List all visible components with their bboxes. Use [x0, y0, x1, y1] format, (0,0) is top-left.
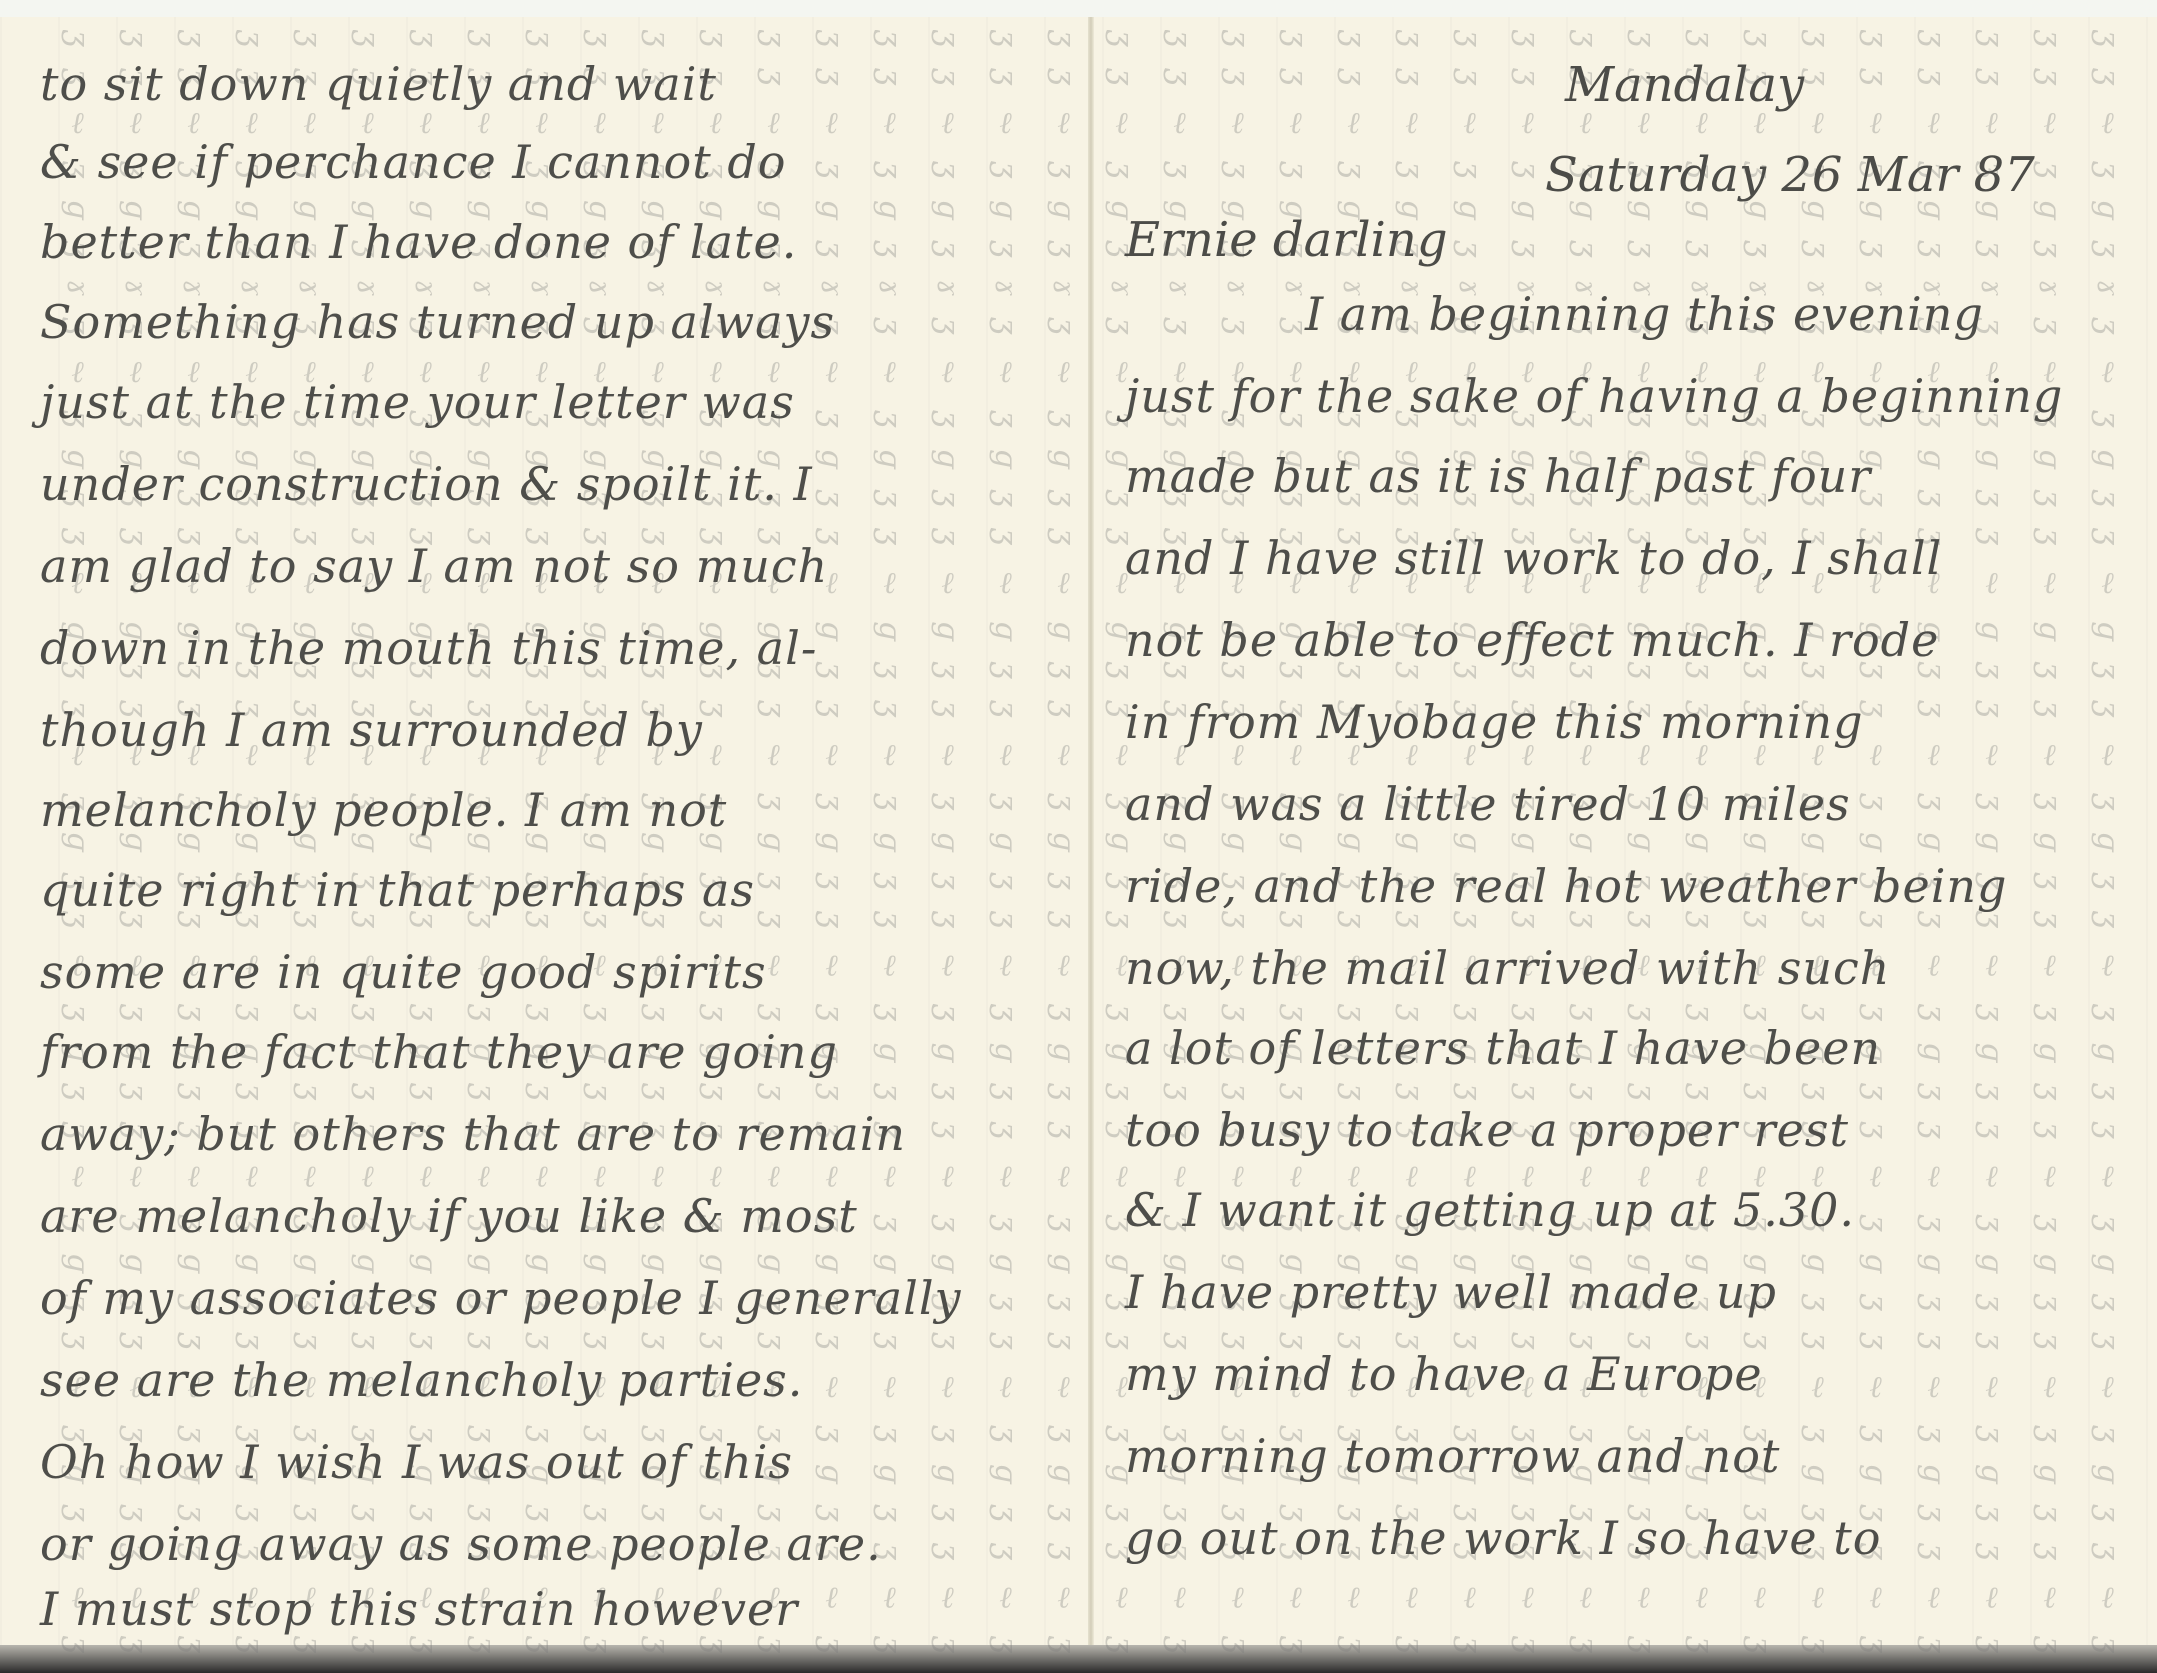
left-line: though I am surrounded by	[40, 703, 703, 757]
right-line: just for the sake of having a beginning	[1125, 369, 2063, 423]
left-line: just at the time your letter was	[40, 375, 795, 429]
left-line: from the fact that they are going	[40, 1025, 838, 1079]
page-fold	[1088, 17, 1094, 1647]
left-line: away; but others that are to remain	[40, 1107, 906, 1161]
left-line: down in the mouth this time, al-	[40, 621, 817, 675]
left-line: see are the melancholy parties.	[40, 1353, 803, 1407]
right-line: I am beginning this evening	[1305, 287, 1984, 341]
right-line: and was a little tired 10 miles	[1125, 777, 1851, 831]
left-line: quite right in that perhaps as	[40, 863, 755, 917]
place-heading: Mandalay	[1565, 57, 1804, 113]
left-line: & see if perchance I cannot do	[40, 135, 786, 189]
left-line: I must stop this strain however	[40, 1582, 798, 1636]
left-line: or going away as some people are.	[40, 1517, 882, 1571]
right-line: now, the mail arrived with such	[1125, 941, 1890, 995]
right-line: ride, and the real hot weather being	[1125, 859, 2008, 913]
right-line: and I have still work to do, I shall	[1125, 531, 1942, 585]
left-line: melancholy people. I am not	[40, 783, 727, 837]
right-line: go out on the work I so have to	[1125, 1511, 1881, 1565]
right-line: my mind to have a Europe	[1125, 1347, 1763, 1401]
date-heading: Saturday 26 Mar 87	[1545, 147, 2035, 203]
right-line: in from Myobage this morning	[1125, 695, 1864, 749]
right-line: made but as it is half past four	[1125, 449, 1871, 503]
salutation: Ernie darling	[1125, 212, 1448, 268]
right-line: & I want it getting up at 5.30.	[1125, 1183, 1855, 1237]
left-line: Oh how I wish I was out of this	[40, 1435, 793, 1489]
left-line: are melancholy if you like & most	[40, 1189, 858, 1243]
right-line: a lot of letters that I have been	[1125, 1021, 1881, 1075]
right-line: morning tomorrow and not	[1125, 1429, 1780, 1483]
right-page: Mandalay Saturday 26 Mar 87 Ernie darlin…	[1125, 17, 2135, 1647]
right-line: I have pretty well made up	[1125, 1265, 1777, 1319]
left-line: under construction & spoilt it. I	[40, 457, 813, 511]
left-line: of my associates or people I generally	[40, 1271, 962, 1325]
left-page: to sit down quietly and wait & see if pe…	[40, 17, 1070, 1647]
right-line: not be able to effect much. I rode	[1125, 613, 1939, 667]
left-line: to sit down quietly and wait	[40, 57, 717, 111]
left-line: Something has turned up always	[40, 295, 835, 349]
right-line: too busy to take a proper rest	[1125, 1103, 1849, 1157]
left-line: better than I have done of late.	[40, 215, 797, 269]
left-line: some are in quite good spirits	[40, 945, 767, 999]
left-line: am glad to say I am not so much	[40, 539, 828, 593]
